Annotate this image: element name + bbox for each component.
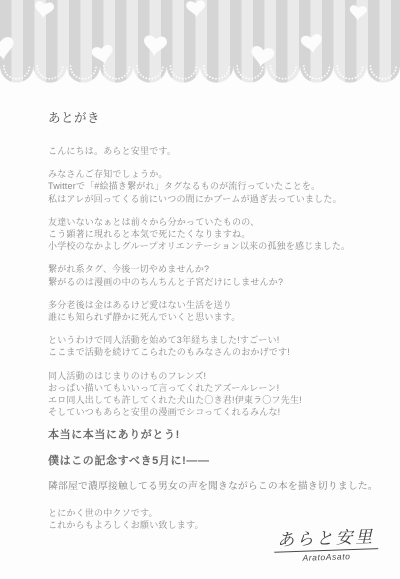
text-line: そしていつもあらと安里の漫画でシコってくれるみんな! (48, 406, 372, 418)
paragraph-twitter-tag: みなさんご存知でしょうか。 Twitterで「#絵描き繋がれ」タグなるものが流行… (48, 168, 372, 205)
paragraph-next-room: 隣部屋で濃厚接触してる男女の声を聞きながらこの本を描き切りました。 (48, 481, 372, 493)
text-line: 繋がるのは漫画の中のちんちんと子宮だけにしませんか? (48, 276, 372, 288)
paragraph-three-years: というわけで同人活動を始めて3年経ちました!すごーい! ここまで活動を続けてこら… (48, 334, 372, 358)
text-line: おっぱい描いてもいいって言ってくれたアズールレーン! (48, 382, 372, 394)
decorative-banner (0, 0, 400, 85)
signature-name: あらと安里 (274, 522, 378, 553)
text-line: 小学校のなかよしグループオリエンテーション以来の孤独を感じました。 (48, 240, 372, 252)
afterword-content: あとがき こんにちは。あらと安里です。 みなさんご存知でしょうか。 Twitte… (48, 108, 372, 542)
text-line: 多分老後は金はあるけど愛はない生活を送り (48, 299, 372, 311)
paragraph-no-friends: 友達いないなぁとは前々から分かっていたものの、 こう顕著に現れると本気で死にたく… (48, 216, 372, 253)
paragraph-greeting: こんにちは。あらと安里です。 (48, 145, 372, 157)
banner-scalloped-shape (0, 0, 400, 83)
author-signature: あらと安里 AratoAsato (265, 522, 386, 564)
text-line: こんにちは。あらと安里です。 (48, 145, 372, 157)
text-line: 同人活動のはじまりのけものフレンズ! (48, 370, 372, 382)
text-line: Twitterで「#絵描き繋がれ」タグなるものが流行っていたことを。 (48, 180, 372, 192)
paragraph-tag-request: 繋がれ系タグ、今後一切やめませんか? 繋がるのは漫画の中のちんちんと子宮だけにし… (48, 263, 372, 287)
text-line: こう顕著に現れると本気で死にたくなりますね。 (48, 228, 372, 240)
text-line: とにかく世の中クソです。 (48, 507, 372, 519)
paragraph-old-age: 多分老後は金はあるけど愛はない生活を送り 誰にも知られず静かに死んでいくと思いま… (48, 299, 372, 323)
text-line: 私はアレが回ってくる前にいつの間にかブームが過ぎ去っていました。 (48, 193, 372, 205)
text-line: 友達いないなぁとは前々から分かっていたものの、 (48, 216, 372, 228)
text-line: ここまで活動を続けてこられたのもみなさんのおかげです! (48, 346, 372, 358)
text-line: 誰にも知られず静かに死んでいくと思います。 (48, 311, 372, 323)
text-line: というわけで同人活動を始めて3年経ちました!すごーい! (48, 334, 372, 346)
page-title: あとがき (48, 108, 372, 126)
paragraph-thank-you: 本当に本当にありがとう! (48, 429, 372, 442)
paragraph-thanks-list: 同人活動のはじまりのけものフレンズ! おっぱい描いてもいいって言ってくれたアズー… (48, 370, 372, 419)
text-line: 隣部屋で濃厚接触してる男女の声を聞きながらこの本を描き切りました。 (48, 481, 372, 493)
afterword-page: あとがき こんにちは。あらと安里です。 みなさんご存知でしょうか。 Twitte… (0, 0, 400, 579)
text-line: エロ同人出しても許してくれた犬山た〇き君!伊東ラ〇フ先生! (48, 394, 372, 406)
paragraph-memorable-may: 僕はこの記念すべき5月に!―― (48, 455, 372, 468)
text-line: 本当に本当にありがとう! (48, 429, 372, 442)
text-line: 繋がれ系タグ、今後一切やめませんか? (48, 263, 372, 275)
text-line: 僕はこの記念すべき5月に!―― (48, 455, 372, 468)
text-line: みなさんご存知でしょうか。 (48, 168, 372, 180)
